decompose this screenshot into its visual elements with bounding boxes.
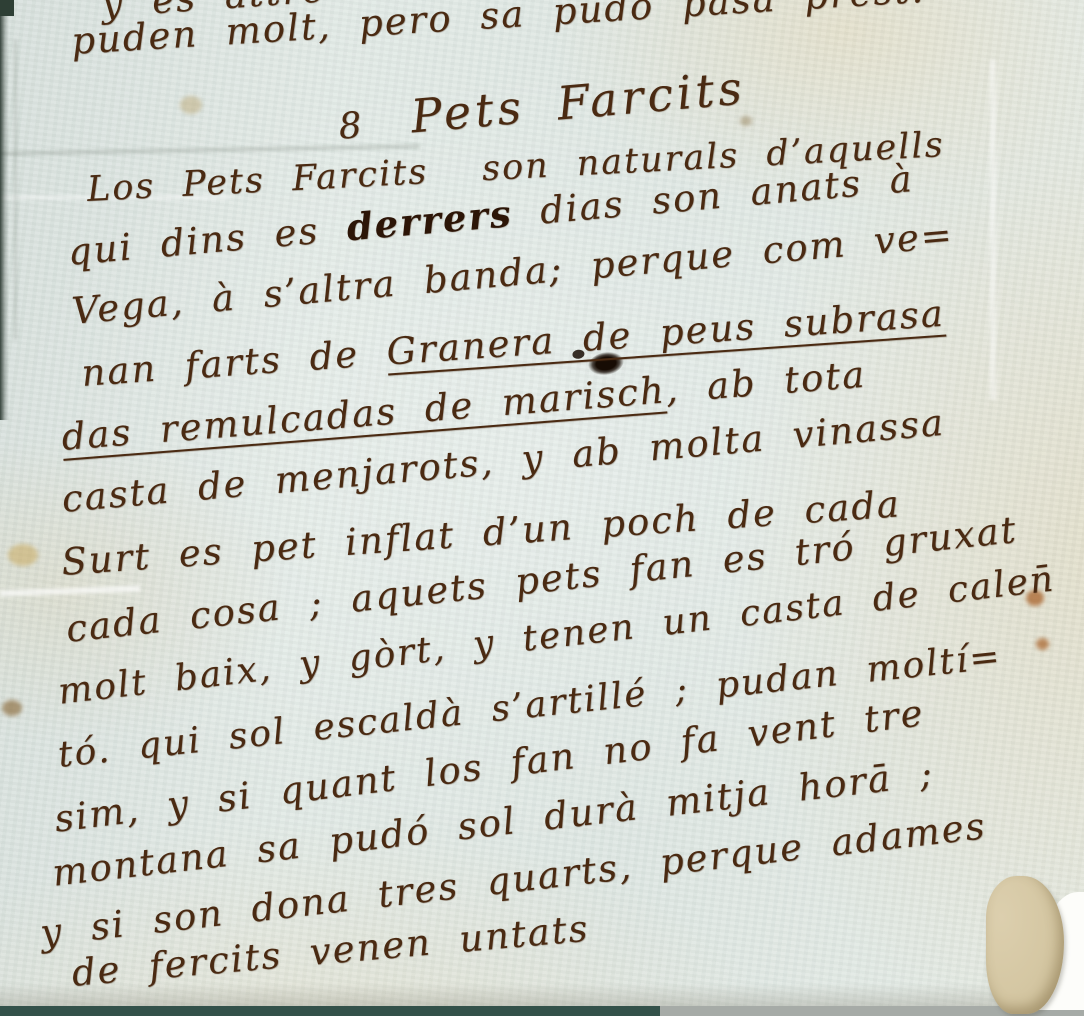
stain	[180, 96, 202, 114]
line-text: , ab tota	[664, 353, 868, 412]
stain	[2, 700, 22, 716]
page-left-edge-shadow	[0, 0, 9, 420]
scanned-manuscript-page: y es attre’ ’ ’ puden molt, pero sa pudó…	[0, 0, 1084, 1016]
word-gap	[429, 180, 483, 183]
section-mark: 8	[337, 105, 365, 148]
overwritten-word: derrers	[345, 191, 514, 249]
paper-bottom-shadow	[0, 983, 1084, 1007]
line-text: nan farts de	[80, 331, 388, 395]
line-text: qui dins es	[66, 207, 349, 274]
scan-background-strip-left	[0, 1006, 660, 1016]
paper-crease	[0, 586, 140, 597]
stain	[740, 116, 752, 126]
page-corner-shadow	[0, 0, 14, 16]
paper-sheet: y es attre’ ’ ’ puden molt, pero sa pudó…	[0, 0, 1084, 1016]
section-heading: 8Pets Farcits	[336, 60, 748, 149]
section-title: Pets Farcits	[409, 60, 748, 143]
stain	[8, 544, 38, 566]
paper-fold-line	[14, 40, 17, 340]
rust-spot	[1036, 638, 1049, 650]
paper-fold-line	[990, 60, 996, 400]
line-text: Los Pets Farcits	[86, 152, 429, 210]
page-edge-curl	[986, 876, 1064, 1014]
